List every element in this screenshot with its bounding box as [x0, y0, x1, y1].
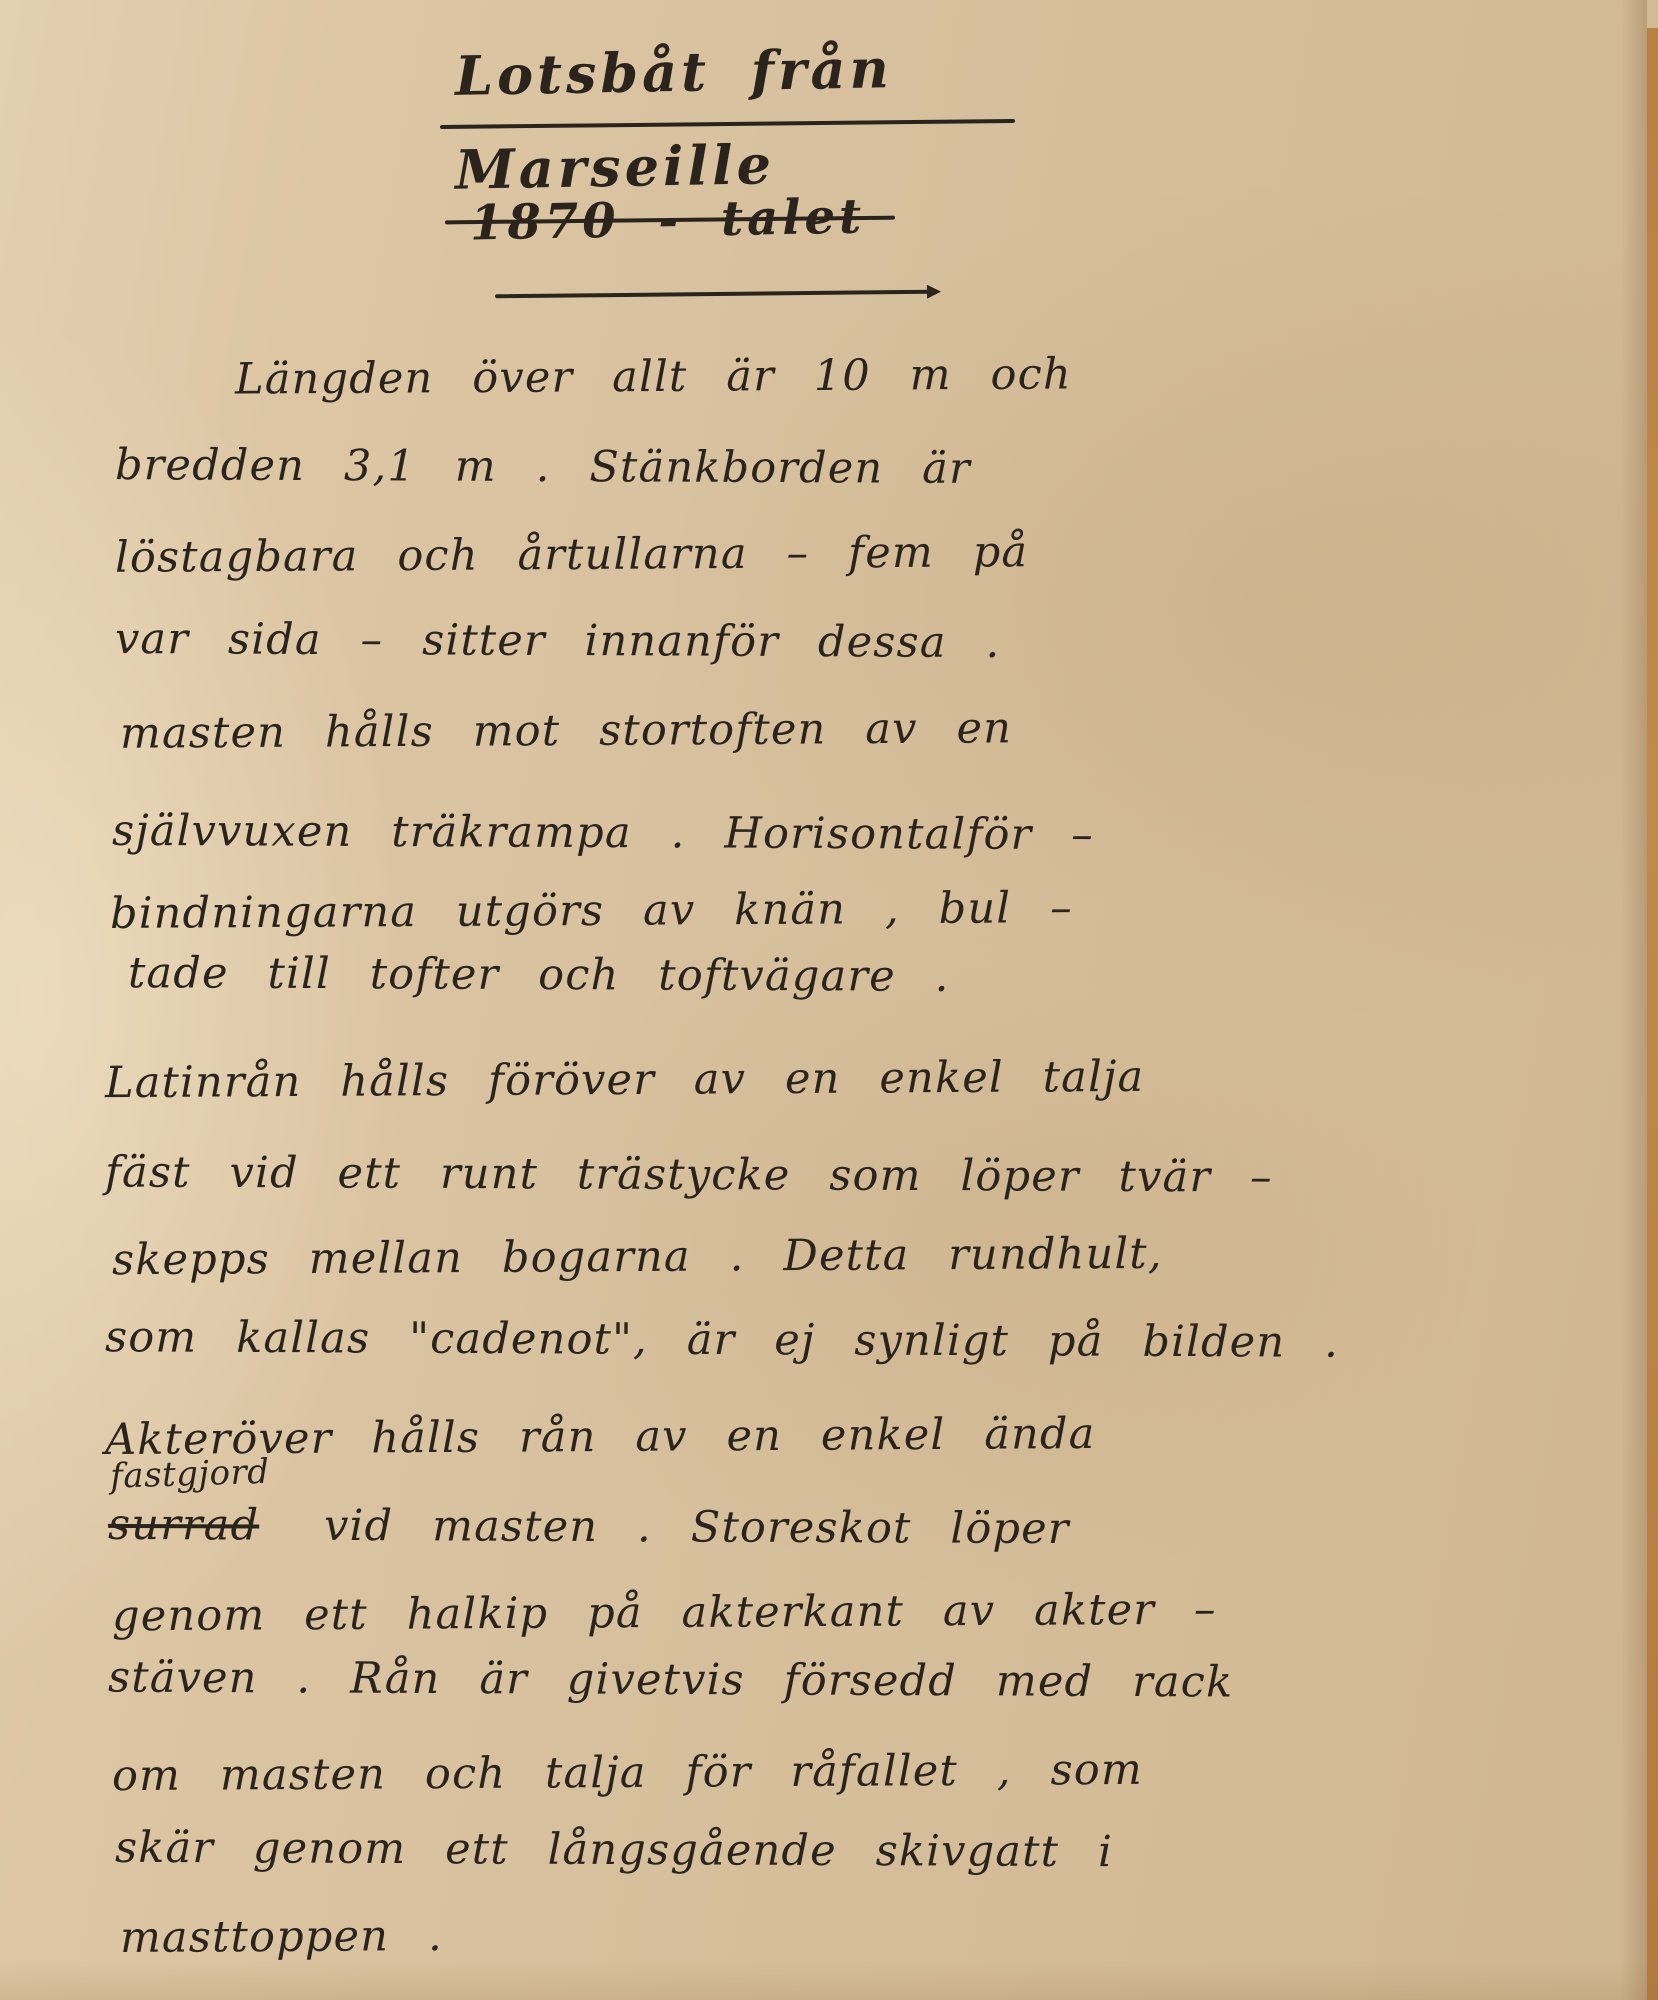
handwritten-line: var sida – sitter innanför dessa .	[115, 614, 1001, 668]
underline-arrow-tip	[927, 285, 941, 299]
handwritten-line: stäven . Rån är givetvis försedd med rac…	[108, 1653, 1233, 1708]
manuscript-page: Lotsbåt från Marseille 1870 - talet Läng…	[0, 0, 1658, 2000]
handwritten-line: masten hålls mot stortoften av en	[120, 703, 1012, 758]
struck-out-word: surrad	[108, 1500, 259, 1551]
title-underline-1	[440, 119, 1015, 129]
handwritten-line: löstagbara och årtullarna – fem på	[115, 527, 1029, 583]
handwritten-line: skär genom ett långsgående skivgatt i	[115, 1823, 1113, 1877]
correction-line-rest: vid masten . Storeskot löper	[324, 1501, 1070, 1554]
handwritten-line: masttoppen .	[120, 1911, 443, 1963]
title-line-3: 1870 - talet	[470, 189, 866, 252]
handwritten-line: fäst vid ett runt trästycke som löper tv…	[105, 1147, 1273, 1202]
inserted-word: fastgjord	[110, 1452, 270, 1497]
handwritten-line: genom ett halkip på akterkant av akter –	[112, 1585, 1217, 1642]
handwritten-line: som kallas "cadenot", är ej synligt på b…	[105, 1312, 1339, 1367]
handwritten-line: om masten och talja för råfallet , som	[112, 1745, 1143, 1801]
handwritten-line: bindningarna utgörs av knän , bul –	[110, 883, 1073, 939]
handwritten-line: skepps mellan bogarna . Detta rundhult,	[112, 1229, 1163, 1285]
handwritten-line-correction: fastgjord surrad vid masten . Storeskot …	[108, 1500, 1070, 1554]
page-edge-shadow	[1621, 0, 1647, 2000]
title-underline-3	[495, 290, 935, 299]
page-edge-strip	[1647, 28, 1658, 2000]
handwritten-line: bredden 3,1 m . Stänkborden är	[115, 440, 971, 494]
page-bottom-shade	[0, 1960, 1658, 2000]
handwritten-line: Längden över allt är 10 m och	[235, 349, 1072, 404]
handwritten-line: självvuxen träkrampa . Horisontalför –	[112, 806, 1094, 860]
title-line-1: Lotsbåt från	[454, 36, 893, 108]
handwritten-line: Latinrån hålls föröver av en enkel talja	[105, 1052, 1145, 1108]
correction-stack: fastgjord surrad	[108, 1500, 259, 1551]
handwritten-line: tade till tofter och toftvägare .	[128, 948, 950, 1002]
